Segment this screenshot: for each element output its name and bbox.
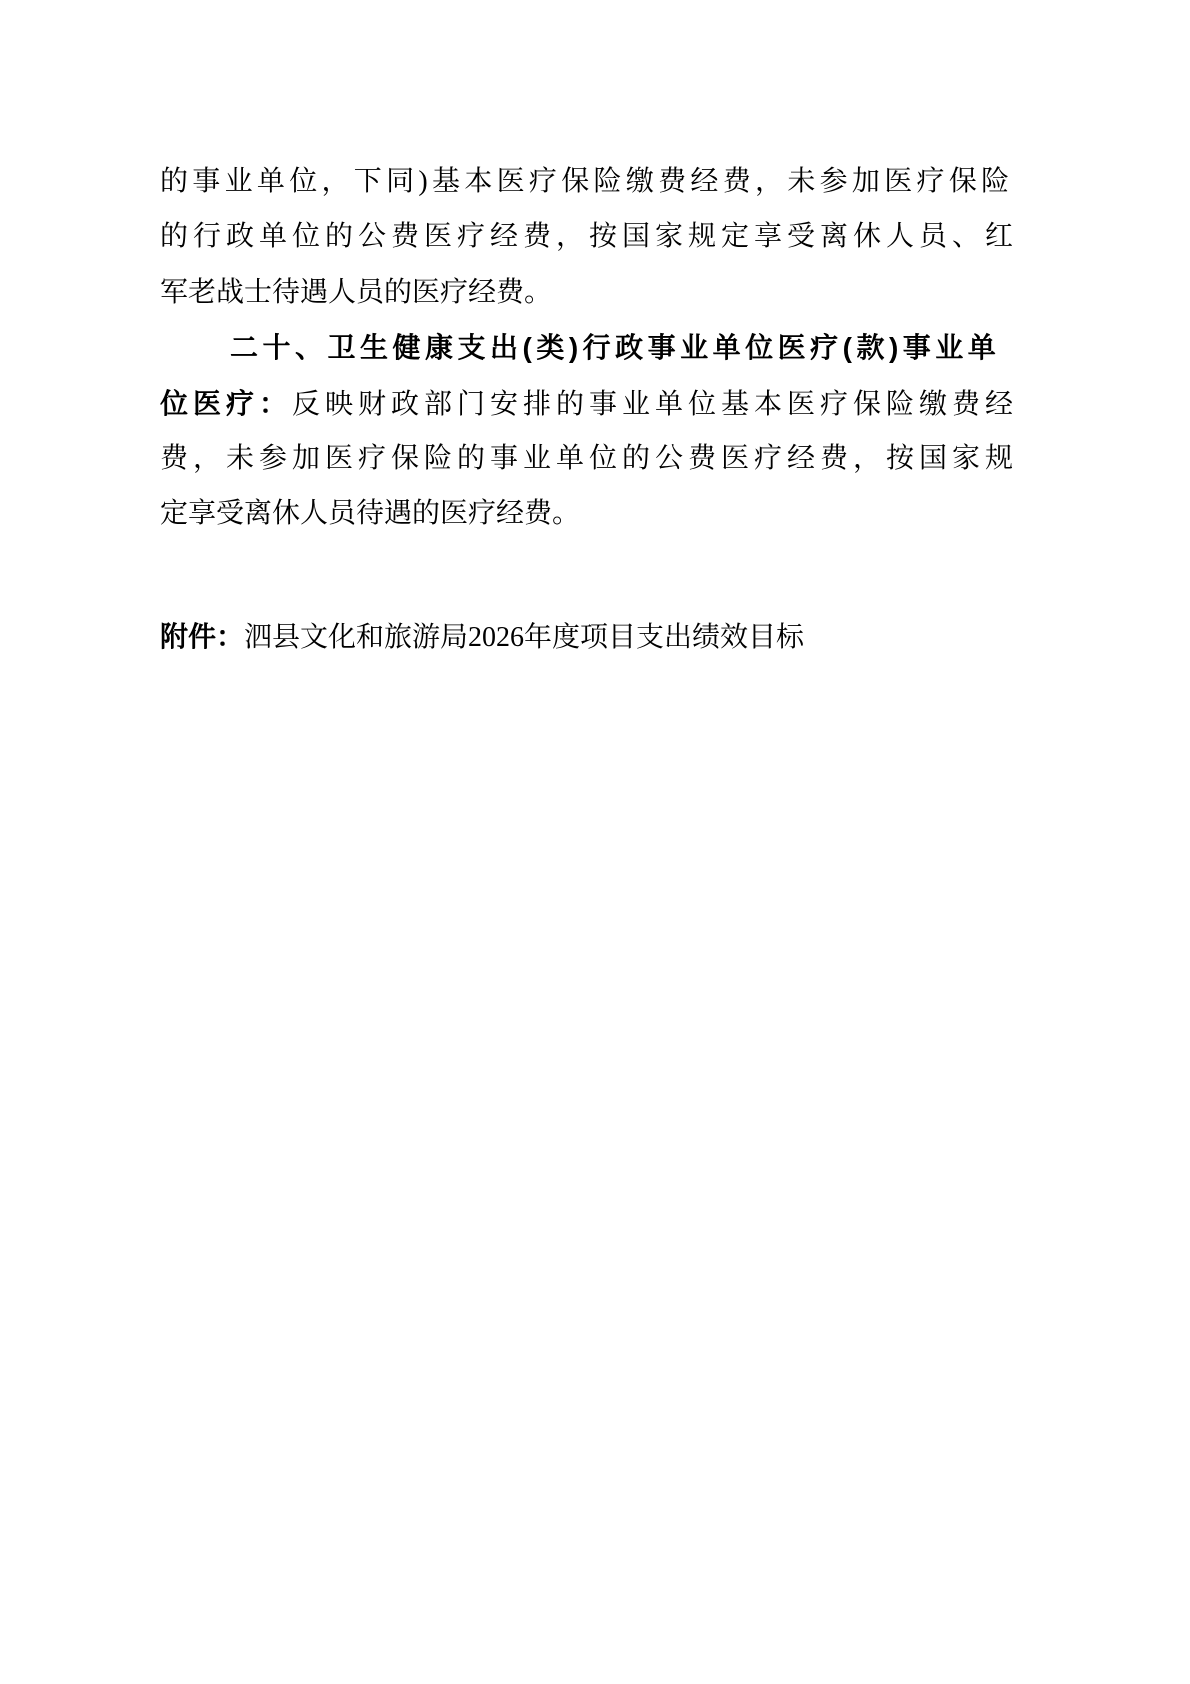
body-line: 位医疗：反映财政部门安排的事业单位基本医疗保险缴费经 <box>160 376 1020 431</box>
body-line: 的事业单位，下同)基本医疗保险缴费经费，未参加医疗保险 <box>160 154 1020 209</box>
section-heading-text: 二十、卫生健康支出(类)行政事业单位医疗(款)事业单 <box>230 332 1000 363</box>
body-line: 军老战士待遇人员的医疗经费。 <box>160 265 1020 320</box>
body-line-text: 反映财政部门安排的事业单位基本医疗保险缴费经 <box>292 389 1018 420</box>
body-line-text: 军老战士待遇人员的医疗经费。 <box>160 277 552 308</box>
attachment-label: 附件： <box>160 621 244 652</box>
section-heading-line: 二十、卫生健康支出(类)行政事业单位医疗(款)事业单 <box>160 320 1020 375</box>
body-line: 的行政单位的公费医疗经费，按国家规定享受离休人员、红 <box>160 209 1020 264</box>
body-line: 费，未参加医疗保险的事业单位的公费医疗经费，按国家规 <box>160 431 1020 486</box>
document-text-block: 的事业单位，下同)基本医疗保险缴费经费，未参加医疗保险 的行政单位的公费医疗经费… <box>160 154 1020 664</box>
attachment-title: 泗县文化和旅游局2026年度项目支出绩效目标 <box>244 622 804 653</box>
body-line-text: 费，未参加医疗保险的事业单位的公费医疗经费，按国家规 <box>160 443 1018 474</box>
body-line-text: 定享受离休人员待遇的医疗经费。 <box>160 498 580 529</box>
section-heading-lead: 位医疗： <box>160 388 292 419</box>
body-line-text: 的行政单位的公费医疗经费，按国家规定享受离休人员、红 <box>160 221 1018 252</box>
attachment-line: 附件：泗县文化和旅游局2026年度项目支出绩效目标 <box>160 609 1020 664</box>
body-line: 定享受离休人员待遇的医疗经费。 <box>160 486 1020 541</box>
body-line-text: 的事业单位，下同)基本医疗保险缴费经费，未参加医疗保险 <box>160 166 1013 197</box>
document-page: 的事业单位，下同)基本医疗保险缴费经费，未参加医疗保险 的行政单位的公费医疗经费… <box>0 0 1190 1684</box>
